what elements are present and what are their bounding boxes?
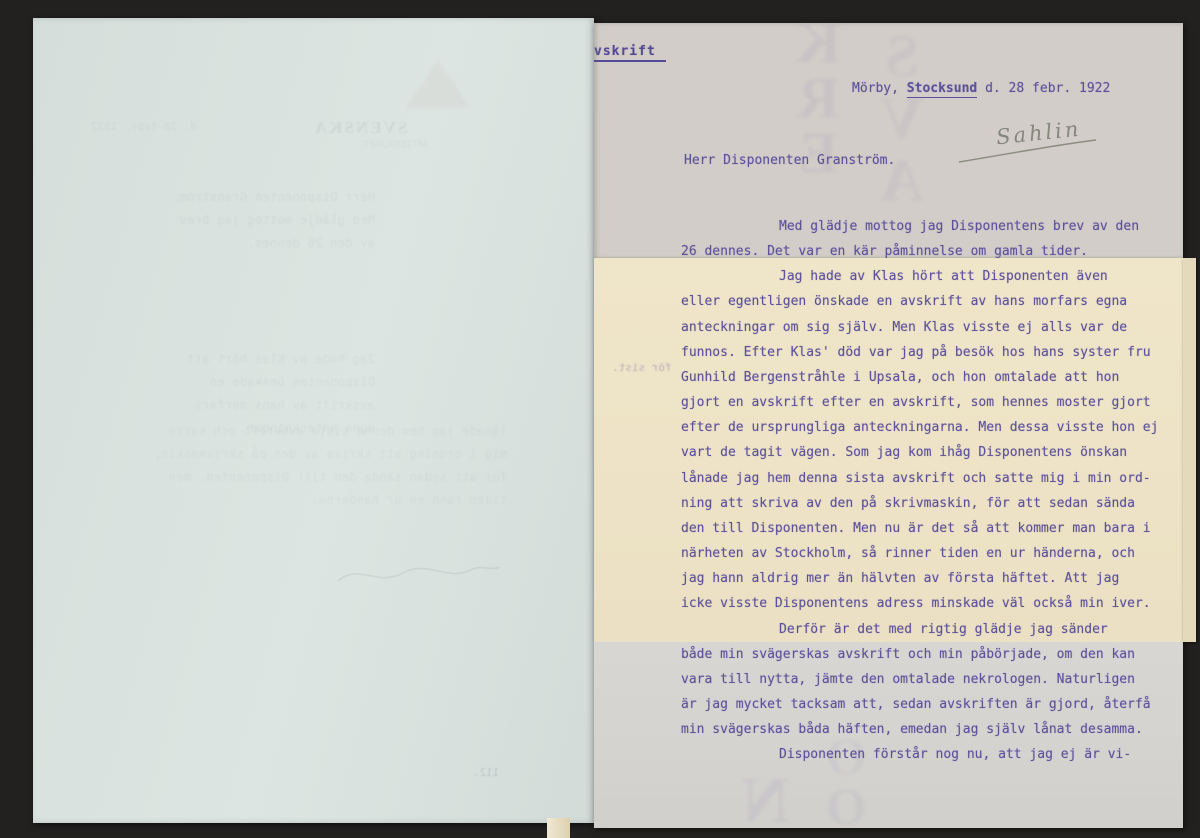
dateline-place: Stocksund xyxy=(907,81,977,98)
copy-label-text: vskrift xyxy=(594,44,666,62)
letter-body-line: efter de ursprungliga anteckningarna. Me… xyxy=(681,415,1167,440)
typed-letter-page: KRE SVA N OO för sist. vskrift Mörby, St… xyxy=(594,23,1183,828)
letter-body-line: ning att skriva av den på skrivmaskin, f… xyxy=(681,491,1167,516)
letter-body: Med glädje mottog jag Disponentens brev … xyxy=(681,214,1167,767)
handwritten-underline xyxy=(956,135,1101,165)
letter-body-line: Gunhild Bergenstråhle i Upsala, och hon … xyxy=(681,365,1167,390)
copy-label: vskrift xyxy=(594,44,666,62)
letter-body-line: är jag mycket tacksam att, sedan avskrif… xyxy=(681,692,1167,717)
ghost-typed-fragment: för sist. xyxy=(612,361,672,374)
ghost-page-number: 112. xyxy=(473,766,500,779)
letter-body-line: den till Disponenten. Men nu är det så a… xyxy=(681,516,1167,541)
ghost-letterhead-subtext: AKTIEBOLAGET xyxy=(363,140,428,150)
letter-body-line: Disponenten förstår nog nu, att jag ej ä… xyxy=(681,742,1167,767)
ghost-signature xyxy=(333,553,503,593)
scanned-document-stage: SVENSKA AKTIEBOLAGET d. 28 febr. 1922 He… xyxy=(0,0,1200,838)
ghost-letterhead-text: SVENSKA xyxy=(313,118,407,138)
letter-body-line: min svägerskas båda häften, emedan jag s… xyxy=(681,717,1167,742)
letter-body-line: anteckningar om sig själv. Men Klas viss… xyxy=(681,315,1167,340)
dateline: Mörby, Stocksund d. 28 febr. 1922 xyxy=(852,81,1110,96)
dateline-date: d. 28 febr. 1922 xyxy=(977,81,1110,96)
letter-body-line: eller egentligen önskade en avskrift av … xyxy=(681,289,1167,314)
letter-body-line: vart de tagit vägen. Som jag kom ihåg Di… xyxy=(681,440,1167,465)
left-blank-page: SVENSKA AKTIEBOLAGET d. 28 febr. 1922 He… xyxy=(33,18,594,823)
letter-body-line: närheten av Stockholm, så rinner tiden e… xyxy=(681,541,1167,566)
letter-body-line: både min svägerskas avskrift och min påb… xyxy=(681,642,1167,667)
dateline-city: Mörby, xyxy=(852,81,907,96)
ghost-dateline: d. 28 febr. 1922 xyxy=(91,120,197,133)
letter-body-line: lånade jag hem denna sista avskrift och … xyxy=(681,466,1167,491)
letter-body-line: Derför är det med rigtig glädje jag sänd… xyxy=(681,617,1167,642)
ghost-watermark-letter: N xyxy=(742,763,790,838)
letter-body-line: funnos. Efter Klas' död var jag på besök… xyxy=(681,340,1167,365)
salutation: Herr Disponenten Granström. xyxy=(684,153,895,168)
letter-body-line: gjort en avskrift efter en avskrift, som… xyxy=(681,390,1167,415)
ghost-typed-block: lånade jag hem denna sista avskrift och … xyxy=(37,420,507,512)
letter-body-line: Med glädje mottog jag Disponentens brev … xyxy=(681,214,1167,239)
letter-body-line: icke visste Disponentens adress minskade… xyxy=(681,591,1167,616)
letter-body-line: vara till nytta, jämte den omtalade nekr… xyxy=(681,667,1167,692)
letter-body-line: Jag hade av Klas hört att Disponenten äv… xyxy=(681,264,1167,289)
ghost-typed-block: Herr Disponenten Granström.Med glädje mo… xyxy=(95,186,375,255)
ghost-watermark-column: SVA xyxy=(872,25,932,211)
under-sheet-tab xyxy=(547,818,570,838)
letter-body-line: 26 dennes. Det var en kär påminnelse om … xyxy=(681,239,1167,264)
letter-body-line: jag hann aldrig mer än hälvten av första… xyxy=(681,566,1167,591)
ghost-letterhead-logo xyxy=(405,60,471,108)
under-sheet-edge xyxy=(1183,258,1196,642)
